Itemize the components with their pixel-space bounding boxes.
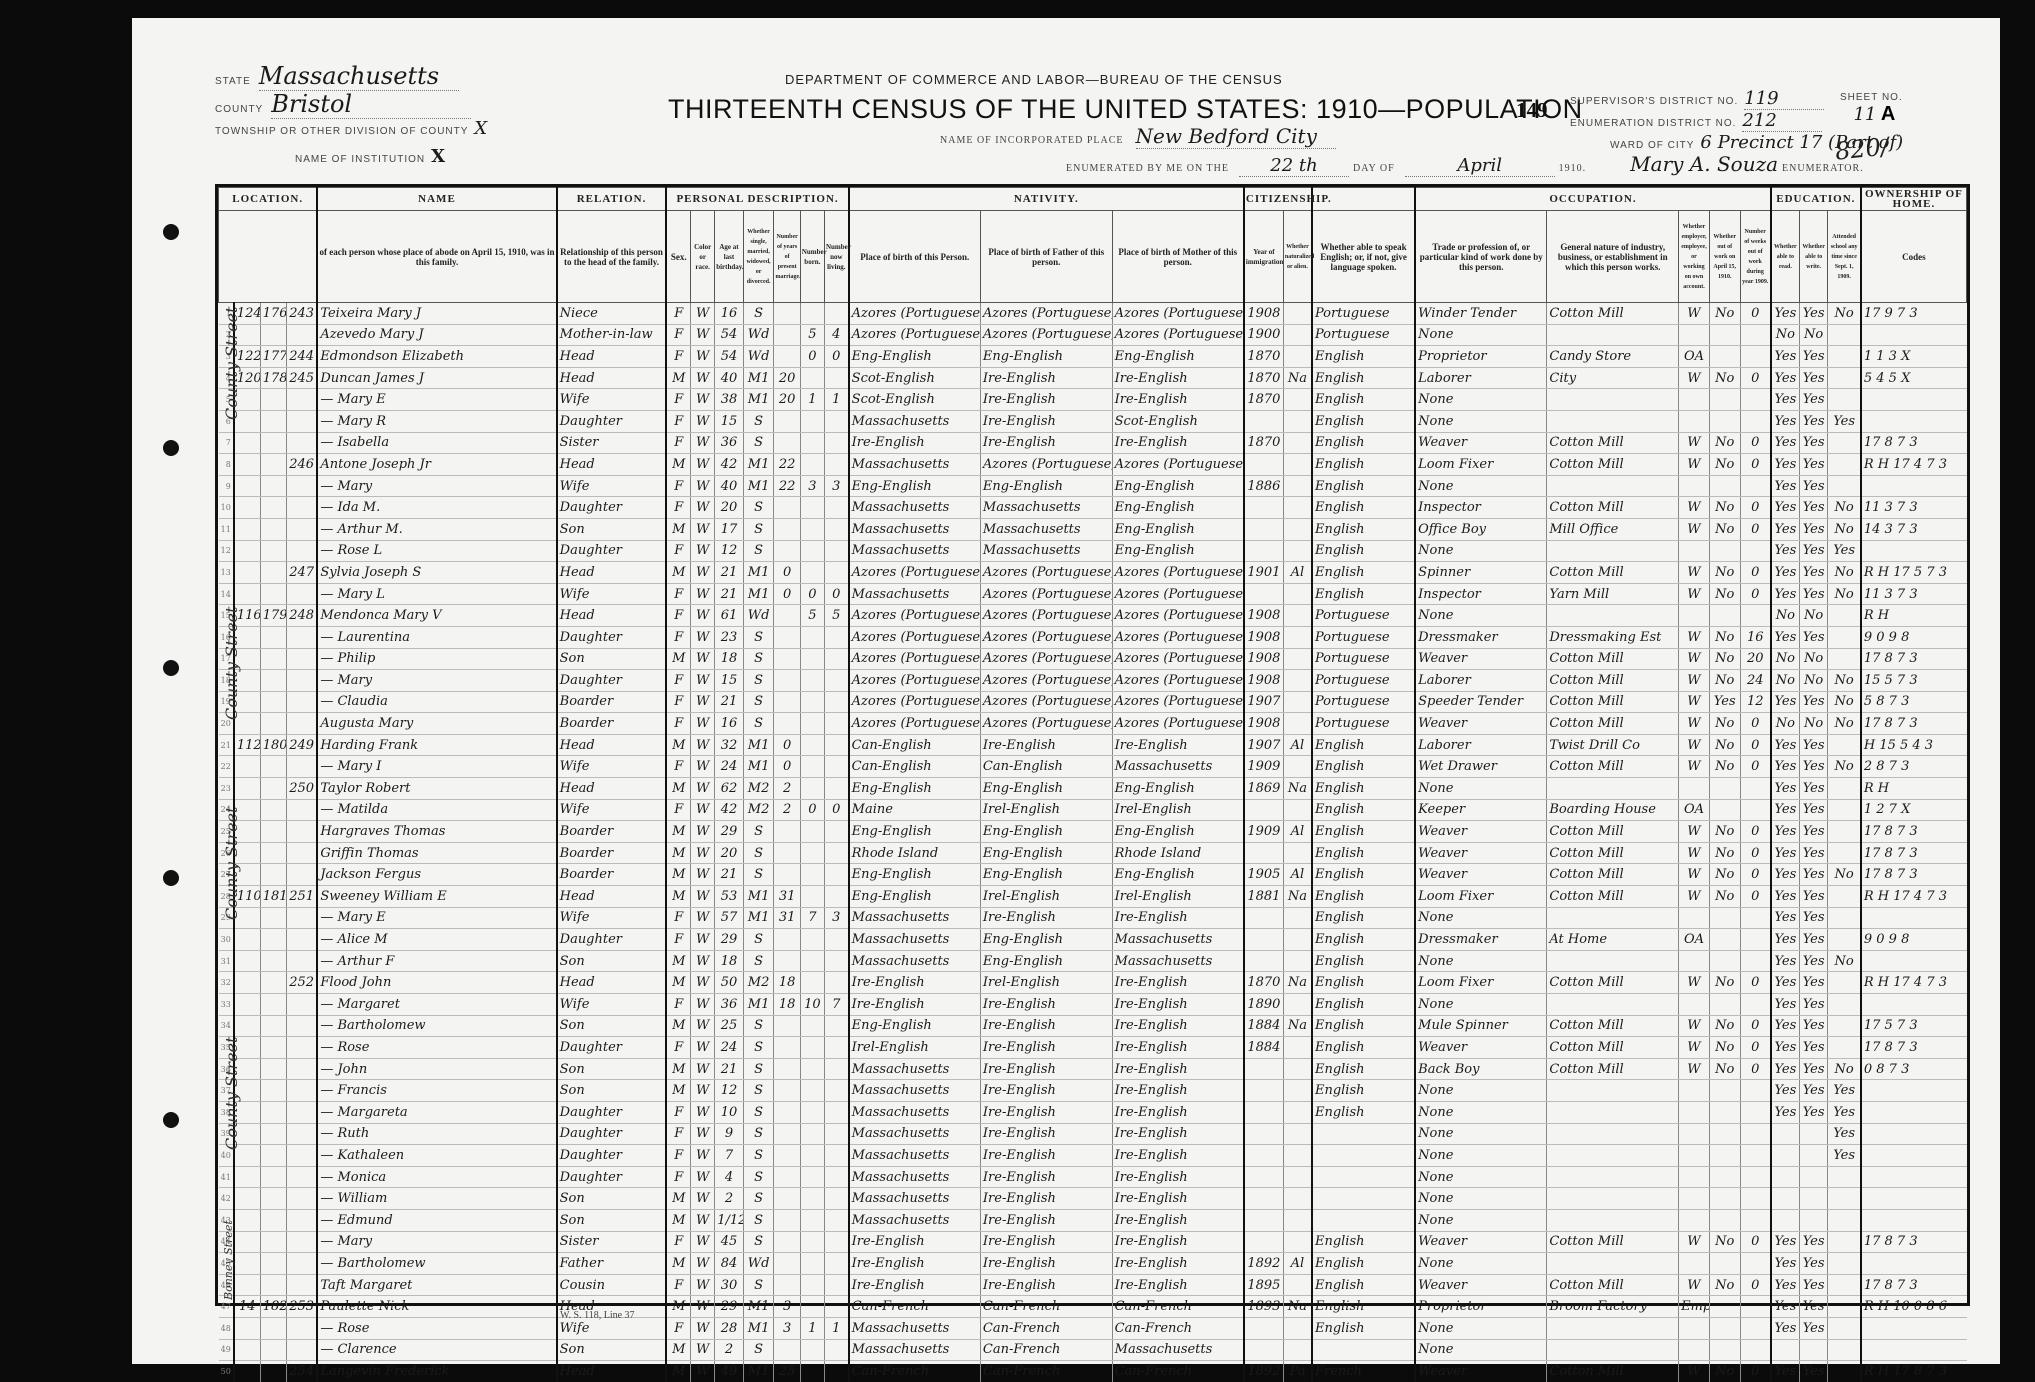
attended-school: No — [1828, 756, 1861, 778]
person-name: Duncan James J — [317, 367, 556, 389]
can-write: Yes — [1799, 778, 1828, 800]
naturalization — [1283, 605, 1312, 627]
table-row: 7— IsabellaSisterFW36SIre-EnglishIre-Eng… — [219, 432, 1967, 454]
person-name: — Ruth — [317, 1123, 556, 1145]
weeks-out: 0 — [1740, 821, 1771, 843]
codes — [1861, 1253, 1967, 1275]
industry: Cotton Mill — [1547, 1231, 1679, 1253]
table-row: 11— Arthur M.SonMW17SMassachusettsMassac… — [219, 518, 1967, 540]
children-living — [824, 497, 848, 519]
weeks-out: 0 — [1740, 562, 1771, 584]
age: 62 — [715, 778, 744, 800]
father-birthplace: Azores (Portuguese) — [980, 605, 1112, 627]
can-write: Yes — [1799, 821, 1828, 843]
family-number — [287, 1015, 318, 1037]
family-number — [287, 799, 318, 821]
children-living — [824, 842, 848, 864]
naturalization — [1283, 799, 1312, 821]
dwelling-number — [260, 454, 286, 476]
codes: R H 17 4 7 3 — [1861, 972, 1967, 994]
children-born — [800, 670, 824, 692]
sex: F — [666, 303, 690, 325]
mother-birthplace: Massachusetts — [1112, 950, 1244, 972]
language: Portuguese — [1312, 324, 1415, 346]
children-living — [824, 1188, 848, 1210]
birthplace: Ire-English — [849, 1253, 981, 1275]
race: W — [691, 713, 715, 735]
industry: Cotton Mill — [1547, 1058, 1679, 1080]
family-number — [287, 389, 318, 411]
industry: Dressmaking Est — [1547, 626, 1679, 648]
years-married — [774, 842, 800, 864]
immigration-year — [1244, 1058, 1284, 1080]
attended-school — [1828, 389, 1861, 411]
weeks-out: 0 — [1740, 497, 1771, 519]
naturalization — [1283, 670, 1312, 692]
dwelling-number — [260, 950, 286, 972]
weeks-out: 0 — [1740, 972, 1771, 994]
mother-birthplace: Azores (Portuguese) — [1112, 626, 1244, 648]
language: English — [1312, 734, 1415, 756]
sex: M — [666, 1209, 690, 1231]
children-born: 0 — [800, 799, 824, 821]
years-married — [774, 950, 800, 972]
age: 16 — [715, 303, 744, 325]
employment-class: W — [1679, 691, 1710, 713]
birthplace: Massachusetts — [849, 1123, 981, 1145]
birthplace: Eng-English — [849, 1015, 981, 1037]
attended-school — [1828, 1188, 1861, 1210]
years-married — [774, 1123, 800, 1145]
codes: 9 0 9 8 — [1861, 626, 1967, 648]
weeks-out — [1740, 799, 1771, 821]
codes — [1861, 994, 1967, 1016]
age: 84 — [715, 1253, 744, 1275]
codes: 17 5 7 3 — [1861, 1015, 1967, 1037]
immigration-year: 1907 — [1244, 691, 1284, 713]
industry — [1547, 540, 1679, 562]
years-married — [774, 691, 800, 713]
attended-school: No — [1828, 950, 1861, 972]
codes: 17 9 7 3 — [1861, 303, 1967, 325]
immigration-year — [1244, 1080, 1284, 1102]
can-read: Yes — [1771, 454, 1800, 476]
table-row: 29— Mary EWifeFW57M13173MassachusettsIre… — [219, 907, 1967, 929]
family-number — [287, 950, 318, 972]
father-birthplace: Eng-English — [980, 475, 1112, 497]
sex: F — [666, 907, 690, 929]
mother-birthplace: Can-French — [1112, 1361, 1244, 1382]
weeks-out: 0 — [1740, 1015, 1771, 1037]
trade: Proprietor — [1415, 346, 1547, 368]
marital-status: M2 — [743, 799, 774, 821]
can-write: Yes — [1799, 1080, 1828, 1102]
sex: M — [666, 821, 690, 843]
marital-status: S — [743, 864, 774, 886]
marital-status: S — [743, 432, 774, 454]
table-row: 6— Mary RDaughterFW15SMassachusettsIre-E… — [219, 410, 1967, 432]
street-number — [234, 756, 260, 778]
can-write — [1799, 1339, 1828, 1361]
can-read: Yes — [1771, 410, 1800, 432]
can-read: No — [1771, 324, 1800, 346]
line-number: 23 — [219, 778, 234, 800]
can-read: Yes — [1771, 1361, 1800, 1382]
codes: 17 8 7 3 — [1861, 821, 1967, 843]
family-number: 251 — [287, 886, 318, 908]
street-number — [234, 778, 260, 800]
immigration-year — [1244, 1317, 1284, 1339]
children-born — [800, 1339, 824, 1361]
children-born — [800, 929, 824, 951]
naturalization — [1283, 1058, 1312, 1080]
naturalization — [1283, 1166, 1312, 1188]
children-born — [800, 864, 824, 886]
race: W — [691, 1080, 715, 1102]
children-born: 0 — [800, 583, 824, 605]
family-number — [287, 864, 318, 886]
out-of-work — [1709, 1339, 1740, 1361]
dwelling-number — [260, 562, 286, 584]
race: W — [691, 367, 715, 389]
table-row: 27Jackson FergusBoarderMW21SEng-EnglishE… — [219, 864, 1967, 886]
children-born — [800, 1058, 824, 1080]
family-number: 248 — [287, 605, 318, 627]
table-row: 14— Mary LWifeFW21M1000MassachusettsAzor… — [219, 583, 1967, 605]
birthplace: Scot-English — [849, 367, 981, 389]
immigration-year — [1244, 497, 1284, 519]
birthplace: Massachusetts — [849, 1145, 981, 1167]
street-number — [234, 1361, 260, 1382]
can-write: Yes — [1799, 1296, 1828, 1318]
industry: Cotton Mill — [1547, 454, 1679, 476]
industry — [1547, 1080, 1679, 1102]
years-married — [774, 1274, 800, 1296]
mother-birthplace: Ire-English — [1112, 1080, 1244, 1102]
marital-status: Wd — [743, 1253, 774, 1275]
out-of-work — [1709, 1253, 1740, 1275]
employment-class — [1679, 1123, 1710, 1145]
codes: 15 5 7 3 — [1861, 670, 1967, 692]
location-subheader — [219, 211, 318, 303]
sex: F — [666, 626, 690, 648]
birthplace: Massachusetts — [849, 1101, 981, 1123]
dwelling-number — [260, 1123, 286, 1145]
years-married — [774, 1209, 800, 1231]
dwelling-number — [260, 1166, 286, 1188]
table-row: 5— Mary EWifeFW38M12011Scot-EnglishIre-E… — [219, 389, 1967, 411]
person-name: — William — [317, 1188, 556, 1210]
children-living — [824, 432, 848, 454]
age: 10 — [715, 1101, 744, 1123]
supervisor-district-label: SUPERVISOR'S DISTRICT NO. — [1570, 96, 1738, 107]
can-read: Yes — [1771, 497, 1800, 519]
children-born — [800, 713, 824, 735]
weeks-out — [1740, 1166, 1771, 1188]
industry — [1547, 475, 1679, 497]
dwelling-number: 176 — [260, 303, 286, 325]
dwelling-number — [260, 670, 286, 692]
table-row: 30— Alice MDaughterFW29SMassachusettsEng… — [219, 929, 1967, 951]
father-birthplace: Azores (Portuguese) — [980, 713, 1112, 735]
codes: R H 17 5 7 3 — [1861, 562, 1967, 584]
children-born — [800, 410, 824, 432]
naturalization — [1283, 1188, 1312, 1210]
immigration-year — [1244, 1339, 1284, 1361]
marital-status: S — [743, 1058, 774, 1080]
marital-status: M1 — [743, 1317, 774, 1339]
trade: None — [1415, 540, 1547, 562]
person-name: — Rose — [317, 1317, 556, 1339]
years-married — [774, 1015, 800, 1037]
trade: Weaver — [1415, 1037, 1547, 1059]
age: 38 — [715, 389, 744, 411]
father-birthplace: Azores (Portuguese) — [980, 648, 1112, 670]
language: English — [1312, 821, 1415, 843]
weeks-out: 0 — [1740, 842, 1771, 864]
person-name: — Mary R — [317, 410, 556, 432]
naturalization — [1283, 1339, 1312, 1361]
race: W — [691, 864, 715, 886]
mother-birthplace: Eng-English — [1112, 778, 1244, 800]
trade: None — [1415, 475, 1547, 497]
codes — [1861, 1339, 1967, 1361]
years-married — [774, 1058, 800, 1080]
codes — [1861, 1123, 1967, 1145]
trade: None — [1415, 1123, 1547, 1145]
weeks-out: 0 — [1740, 1058, 1771, 1080]
marital-status: M1 — [743, 756, 774, 778]
table-row: 34— BartholomewSonMW25SEng-EnglishIre-En… — [219, 1015, 1967, 1037]
naturalization — [1283, 1123, 1312, 1145]
trade: None — [1415, 950, 1547, 972]
weeks-out — [1740, 324, 1771, 346]
marital-status: S — [743, 303, 774, 325]
person-name: — Mary — [317, 475, 556, 497]
person-name: Edmondson Elizabeth — [317, 346, 556, 368]
codes: 5 4 5 X — [1861, 367, 1967, 389]
sex: M — [666, 1296, 690, 1318]
sex: F — [666, 1231, 690, 1253]
race: W — [691, 562, 715, 584]
dwelling-number — [260, 475, 286, 497]
marital-status: S — [743, 821, 774, 843]
enumerator-name: Mary A. Souza — [1630, 152, 1778, 176]
family-number — [287, 1274, 318, 1296]
out-of-work: No — [1709, 756, 1740, 778]
race: W — [691, 1209, 715, 1231]
can-write: Yes — [1799, 756, 1828, 778]
trade: Dressmaker — [1415, 929, 1547, 951]
person-name: — Arthur F — [317, 950, 556, 972]
naturalization — [1283, 1274, 1312, 1296]
codes — [1861, 907, 1967, 929]
can-read: Yes — [1771, 821, 1800, 843]
person-name: — Margaret — [317, 994, 556, 1016]
attended-school — [1828, 1296, 1861, 1318]
age: 42 — [715, 454, 744, 476]
trade: Keeper — [1415, 799, 1547, 821]
table-row: 20Augusta MaryBoarderFW16SAzores (Portug… — [219, 713, 1967, 735]
family-number — [287, 1080, 318, 1102]
codes: R H 10 0 8 6 — [1861, 1296, 1967, 1318]
mother-birthplace: Eng-English — [1112, 475, 1244, 497]
father-birthplace: Eng-English — [980, 864, 1112, 886]
age: 7 — [715, 1145, 744, 1167]
father-birthplace: Ire-English — [980, 1058, 1112, 1080]
relation-column-desc: Relationship of this person to the head … — [557, 211, 667, 303]
trade: Spinner — [1415, 562, 1547, 584]
years-married — [774, 648, 800, 670]
employment-class — [1679, 1339, 1710, 1361]
enumerator-label: ENUMERATOR. — [1782, 163, 1864, 174]
naturalization — [1283, 583, 1312, 605]
industry — [1547, 994, 1679, 1016]
line-number: 13 — [219, 562, 234, 584]
employment-class — [1679, 605, 1710, 627]
family-number — [287, 1231, 318, 1253]
employment-class: W — [1679, 972, 1710, 994]
trade: Weaver — [1415, 713, 1547, 735]
dwelling-number — [260, 842, 286, 864]
out-of-work: No — [1709, 972, 1740, 994]
table-row: 4120178245Duncan James JHeadMW40M120Scot… — [219, 367, 1967, 389]
naturalization — [1283, 540, 1312, 562]
person-name: Augusta Mary — [317, 713, 556, 735]
person-name: Taft Margaret — [317, 1274, 556, 1296]
person-name: — Clarence — [317, 1339, 556, 1361]
relationship: Wife — [557, 756, 667, 778]
codes — [1861, 410, 1967, 432]
relation-group-header: RELATION. — [557, 188, 667, 211]
immigration-year — [1244, 842, 1284, 864]
out-of-work: No — [1709, 497, 1740, 519]
person-name: — Mary I — [317, 756, 556, 778]
employment-class — [1679, 907, 1710, 929]
years-married — [774, 540, 800, 562]
employment-class: W — [1679, 303, 1710, 325]
dwelling-number: 178 — [260, 367, 286, 389]
person-name: Sylvia Joseph S — [317, 562, 556, 584]
codes: H 15 5 4 3 — [1861, 734, 1967, 756]
person-name: Griffin Thomas — [317, 842, 556, 864]
children-living — [824, 518, 848, 540]
language: English — [1312, 475, 1415, 497]
can-write — [1799, 1123, 1828, 1145]
father-birthplace: Massachusetts — [980, 540, 1112, 562]
table-row: 16— LaurentinaDaughterFW23SAzores (Portu… — [219, 626, 1967, 648]
can-read — [1771, 1188, 1800, 1210]
attended-school — [1828, 1231, 1861, 1253]
weeks-out: 0 — [1740, 886, 1771, 908]
weeks-out — [1740, 1296, 1771, 1318]
father-birthplace: Ire-English — [980, 1145, 1112, 1167]
employment-class: W — [1679, 518, 1710, 540]
children-living — [824, 713, 848, 735]
age: 12 — [715, 1080, 744, 1102]
street-number — [234, 929, 260, 951]
children-living — [824, 1274, 848, 1296]
incorporated-place-value: New Bedford City — [1136, 124, 1336, 149]
language: Portuguese — [1312, 626, 1415, 648]
father-birthplace: Can-French — [980, 1361, 1112, 1382]
weeks-out — [1740, 994, 1771, 1016]
relationship: Head — [557, 346, 667, 368]
attended-school: No — [1828, 713, 1861, 735]
industry: Cotton Mill — [1547, 1015, 1679, 1037]
person-name: Teixeira Mary J — [317, 303, 556, 325]
mother-birthplace: Ire-English — [1112, 389, 1244, 411]
trade: None — [1415, 1166, 1547, 1188]
relationship: Mother-in-law — [557, 324, 667, 346]
birthplace: Azores (Portuguese) — [849, 562, 981, 584]
codes: R H — [1861, 778, 1967, 800]
birthplace: Massachusetts — [849, 1209, 981, 1231]
father-birthplace: Ire-English — [980, 1253, 1112, 1275]
weeks-out: 0 — [1740, 734, 1771, 756]
birthplace: Massachusetts — [849, 907, 981, 929]
marital-status: M1 — [743, 583, 774, 605]
immigration-year — [1244, 1188, 1284, 1210]
father-birthplace: Ire-English — [980, 1080, 1112, 1102]
industry: Cotton Mill — [1547, 842, 1679, 864]
family-number — [287, 432, 318, 454]
codes — [1861, 1209, 1967, 1231]
immigration-year: 1884 — [1244, 1037, 1284, 1059]
trade: Mule Spinner — [1415, 1015, 1547, 1037]
years-married — [774, 1166, 800, 1188]
weeks-out — [1740, 907, 1771, 929]
children-living — [824, 886, 848, 908]
dwelling-number — [260, 1231, 286, 1253]
person-name: — Matilda — [317, 799, 556, 821]
employment-class: W — [1679, 648, 1710, 670]
table-row: 4714182253Paulette NickHeadMW29M13Can-Fr… — [219, 1296, 1967, 1318]
naturalization: Na — [1283, 1296, 1312, 1318]
out-of-work — [1709, 950, 1740, 972]
line-number: 14 — [219, 583, 234, 605]
can-write — [1799, 1166, 1828, 1188]
mother-birthplace: Eng-English — [1112, 497, 1244, 519]
marital-column-header: Whether single, married, widowed, or div… — [743, 211, 774, 303]
trade: None — [1415, 1101, 1547, 1123]
father-birthplace: Can-French — [980, 1339, 1112, 1361]
codes — [1861, 1166, 1967, 1188]
marital-status: S — [743, 1188, 774, 1210]
weeks-out: 0 — [1740, 432, 1771, 454]
language: English — [1312, 540, 1415, 562]
weeks-out — [1740, 1317, 1771, 1339]
dwelling-number — [260, 497, 286, 519]
attended-school — [1828, 778, 1861, 800]
trade: Back Boy — [1415, 1058, 1547, 1080]
read-header: Whether able to read. — [1771, 211, 1800, 303]
codes: 11 3 7 3 — [1861, 497, 1967, 519]
sex: M — [666, 1080, 690, 1102]
birthplace: Eng-English — [849, 821, 981, 843]
years-married — [774, 303, 800, 325]
marital-status: S — [743, 1145, 774, 1167]
county-label: COUNTY — [215, 104, 263, 115]
naturalization — [1283, 648, 1312, 670]
relationship: Boarder — [557, 691, 667, 713]
language: English — [1312, 929, 1415, 951]
family-number — [287, 1253, 318, 1275]
immigration-year — [1244, 583, 1284, 605]
dwelling-number — [260, 1253, 286, 1275]
birthplace: Eng-English — [849, 475, 981, 497]
out-of-work: No — [1709, 303, 1740, 325]
